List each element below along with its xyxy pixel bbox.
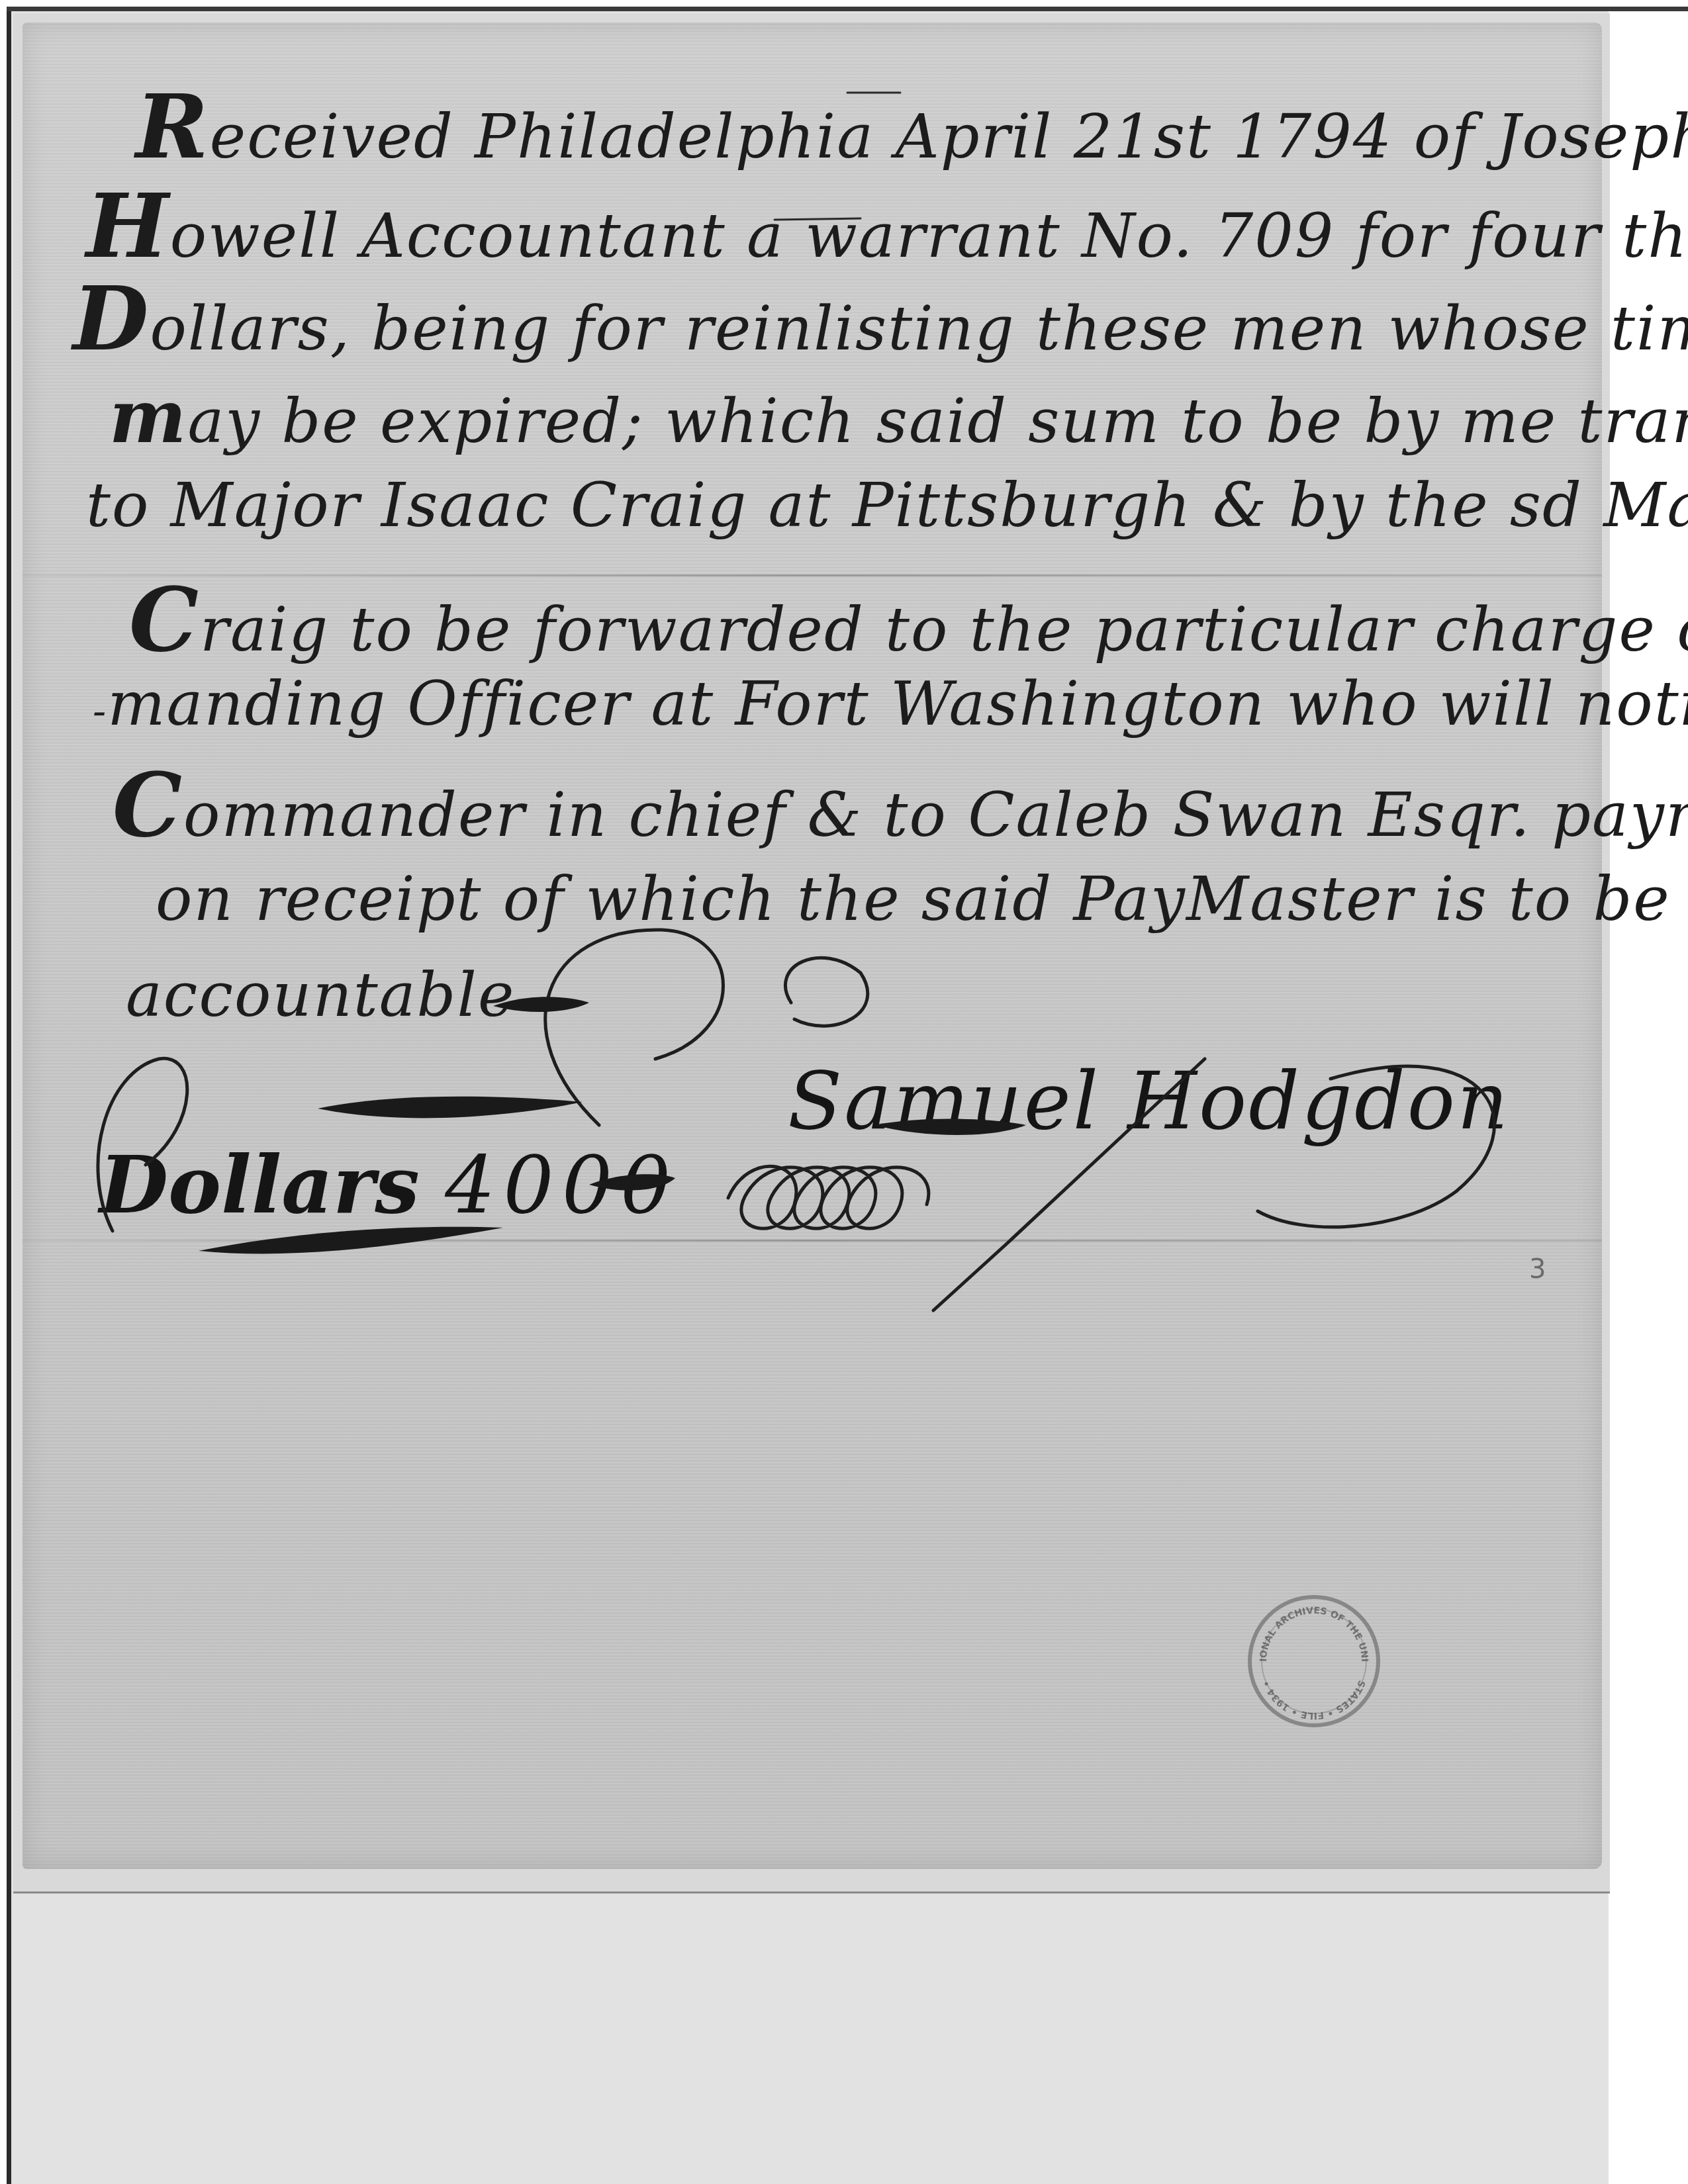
stamp-lettering: NATIONAL ARCHIVES OF THE UNITED STATES •… [1252, 1599, 1376, 1723]
text-line-2: Howell Accountant a warrant No. 709 for … [86, 175, 1688, 278]
scan-frame-left [7, 7, 11, 2184]
line-initial: a [126, 960, 164, 1030]
text-line-8: Commander in chief & to Caleb Swan Esqr.… [113, 754, 1688, 857]
line-text: manding Officer at Fort Washington who w… [107, 668, 1688, 739]
line-initial: C [129, 569, 200, 672]
amount-value: 4000 [445, 1140, 679, 1232]
signature: Samuel Hodgdon [788, 1056, 1510, 1148]
line-text: ay be expired; which said sum to be by m… [187, 386, 1688, 457]
line-text: ommander in chief & to Caleb Swan Esqr. … [183, 780, 1688, 850]
line-text: raig to be forwarded to the particular c… [200, 594, 1688, 665]
svg-text:NATIONAL ARCHIVES OF THE UNITE: NATIONAL ARCHIVES OF THE UNITED [1252, 1599, 1370, 1662]
line-initial: H [86, 175, 170, 278]
line-text: o Major Isaac Craig at Pittsburgh & by t… [112, 470, 1688, 541]
line-initial: C [113, 754, 183, 857]
line-initial: D [73, 268, 150, 371]
archives-stamp: NATIONAL ARCHIVES OF THE UNITED STATES •… [1248, 1595, 1380, 1727]
line-initial: t [86, 470, 112, 541]
text-line-9: on receipt of which the said PayMaster i… [156, 864, 1688, 934]
text-line-4: may be expired; which said sum to be by … [109, 374, 1688, 459]
line-text: ollars, being for reinlisting these men … [150, 293, 1688, 364]
text-line-5: to Major Isaac Craig at Pittsburgh & by … [86, 470, 1688, 541]
text-line-7: -manding Officer at Fort Washington who … [93, 668, 1688, 739]
line-initial: R [136, 76, 210, 179]
amount: Dollars 4000 [99, 1138, 679, 1232]
svg-text:STATES • FILE • 1934 •: STATES • FILE • 1934 • [1261, 1679, 1367, 1721]
line-text: n receipt of which the said PayMaster is… [193, 864, 1688, 934]
line-text: eceived Philadelphia April 21st 1794 of … [210, 101, 1688, 172]
fold-line-lower [23, 1240, 1602, 1242]
line-text: owell Accountant a warrant No. 709 for f… [170, 201, 1688, 271]
scan-frame-top [7, 7, 1688, 11]
line-initial: o [156, 864, 193, 934]
text-line-6: Craig to be forwarded to the particular … [129, 569, 1688, 672]
text-line-3: Dollars, being for reinlisting these men… [73, 268, 1688, 371]
mount-edge [13, 1891, 1610, 1893]
line-initial: - [93, 688, 107, 735]
text-line-1: Received Philadelphia April 21st 1794 of… [136, 76, 1688, 179]
line-text: ccountable [164, 960, 516, 1030]
text-line-10: accountable [126, 960, 515, 1030]
line-initial: m [109, 374, 187, 459]
margin-mark: 3 [1529, 1254, 1546, 1285]
amount-label: Dollars [99, 1138, 420, 1232]
